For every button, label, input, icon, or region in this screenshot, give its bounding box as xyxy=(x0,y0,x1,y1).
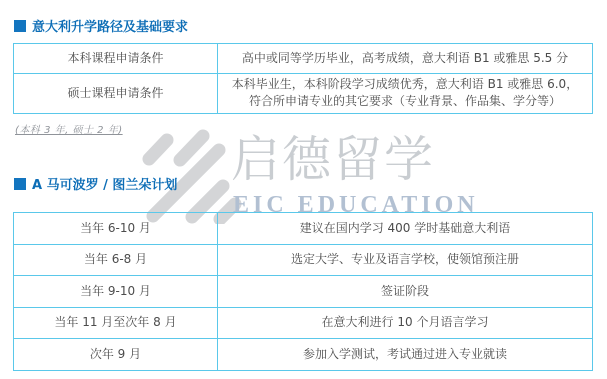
table-row: 本科课程申请条件 高中或同等学历毕业，高考成绩，意大利语 B1 或雅思 5.5 … xyxy=(14,44,593,74)
table-row: 硕士课程申请条件 本科毕业生，本科阶段学习成绩优秀，意大利语 B1 或雅思 6.… xyxy=(14,74,593,114)
row-value-cell: 签证阶段 xyxy=(218,276,593,308)
table-row: 当年 9-10 月 签证阶段 xyxy=(14,276,593,308)
page: 启德留学 EIC EDUCATION 意大利升学路径及基础要求 本科课程申请条件… xyxy=(0,0,607,379)
row-label-cell: 当年 9-10 月 xyxy=(14,276,218,308)
row-value-cell: 选定大学、专业及语言学校，使领馆预注册 xyxy=(218,244,593,276)
requirements-table: 本科课程申请条件 高中或同等学历毕业，高考成绩，意大利语 B1 或雅思 5.5 … xyxy=(13,43,593,114)
section-marker-icon xyxy=(14,20,26,32)
row-value-cell: 在意大利进行 10 个月语言学习 xyxy=(218,307,593,339)
section2-header: A 马可波罗 / 图兰朵计划 xyxy=(14,174,177,193)
row-label-cell: 次年 9 月 xyxy=(14,339,218,371)
row-value-cell: 参加入学测试，考试通过进入专业就读 xyxy=(218,339,593,371)
row-value-cell: 建议在国内学习 400 学时基础意大利语 xyxy=(218,213,593,245)
row-label-cell: 硕士课程申请条件 xyxy=(14,74,218,114)
section1-title: 意大利升学路径及基础要求 xyxy=(32,16,188,35)
plan-timeline-table: 当年 6-10 月 建议在国内学习 400 学时基础意大利语 当年 6-8 月 … xyxy=(13,212,593,371)
section-marker-icon xyxy=(14,178,26,190)
row-value-cell: 高中或同等学历毕业，高考成绩，意大利语 B1 或雅思 5.5 分 xyxy=(218,44,593,74)
table-row: 当年 6-10 月 建议在国内学习 400 学时基础意大利语 xyxy=(14,213,593,245)
section2-title: A 马可波罗 / 图兰朵计划 xyxy=(32,174,177,193)
table-row: 次年 9 月 参加入学测试，考试通过进入专业就读 xyxy=(14,339,593,371)
duration-note: (本科 3 年, 硕士 2 年) xyxy=(15,121,123,136)
document-content: 意大利升学路径及基础要求 本科课程申请条件 高中或同等学历毕业，高考成绩，意大利… xyxy=(0,0,607,379)
section1-header: 意大利升学路径及基础要求 xyxy=(14,16,188,35)
row-label-cell: 当年 11 月至次年 8 月 xyxy=(14,307,218,339)
row-label-cell: 当年 6-8 月 xyxy=(14,244,218,276)
row-value-cell: 本科毕业生，本科阶段学习成绩优秀，意大利语 B1 或雅思 6.0，符合所申请专业… xyxy=(218,74,593,114)
row-label-cell: 当年 6-10 月 xyxy=(14,213,218,245)
table-row: 当年 11 月至次年 8 月 在意大利进行 10 个月语言学习 xyxy=(14,307,593,339)
row-label-cell: 本科课程申请条件 xyxy=(14,44,218,74)
table-row: 当年 6-8 月 选定大学、专业及语言学校，使领馆预注册 xyxy=(14,244,593,276)
